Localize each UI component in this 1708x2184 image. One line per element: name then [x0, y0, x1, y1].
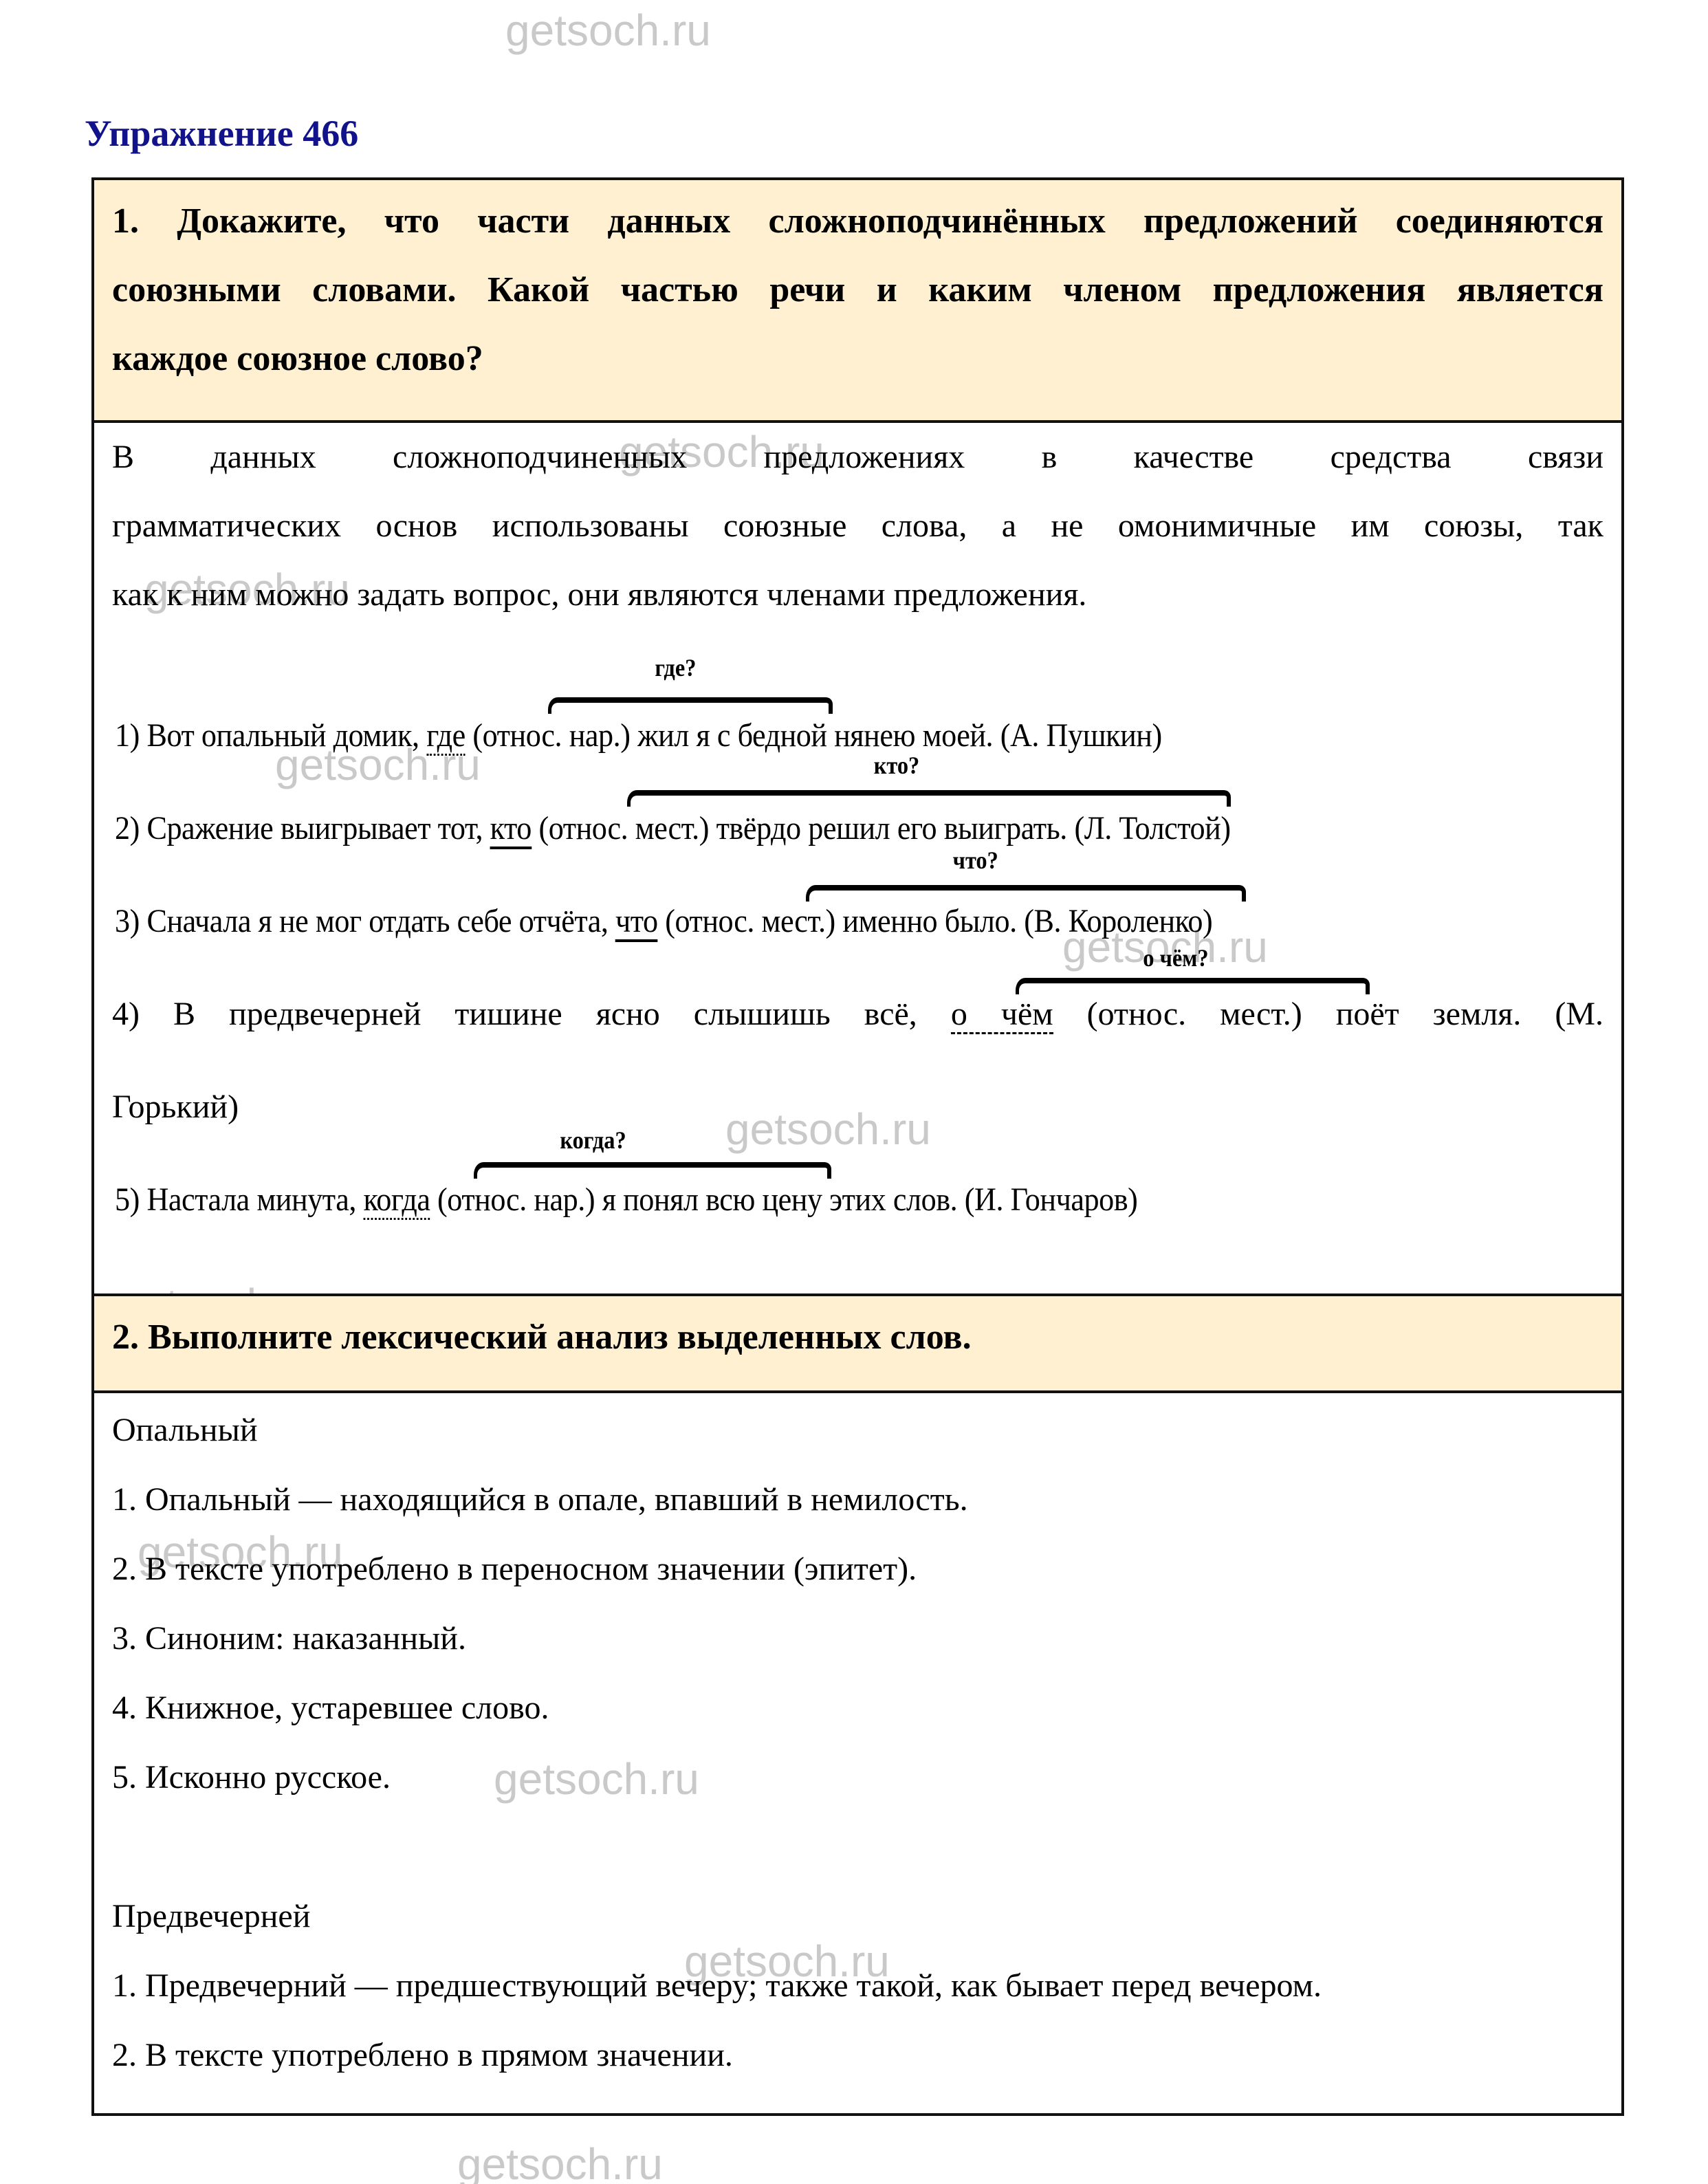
- conjunctive-word: где: [426, 717, 466, 756]
- task2-header: 2. Выполните лексический анализ выделенн…: [94, 1293, 1621, 1393]
- watermark: getsoch.ru: [457, 2142, 663, 2184]
- lexical-point: 1. Опальный — находящийся в опале, впавш…: [112, 1481, 968, 1518]
- question-arrow: [1016, 978, 1370, 994]
- sentence-number: 3): [115, 903, 140, 939]
- task1-header: 1. Докажите, что части данных сложноподч…: [94, 180, 1621, 423]
- sentence-number: 1): [115, 717, 140, 754]
- sentence-number: 4): [112, 996, 140, 1032]
- sentence-4-wrap: Горький): [112, 1088, 239, 1126]
- question-label: о чём?: [1143, 943, 1208, 972]
- sentence-text: жил я с бедной нянею моей. (А. Пушкин): [637, 717, 1162, 754]
- sentence-number: 2): [115, 810, 140, 847]
- lexical-point: 5. Исконно русское.: [112, 1758, 391, 1796]
- task1-header-line: союзными словами. Какой частью речи и ка…: [112, 270, 1603, 310]
- task2-header-text: 2. Выполните лексический анализ выделенн…: [112, 1317, 1603, 1357]
- question-arrow: [806, 885, 1246, 902]
- task1-header-line: 1. Докажите, что части данных сложноподч…: [112, 201, 1603, 241]
- sentence-text: Сражение выигрывает тот,: [146, 810, 490, 847]
- question-arrow: [474, 1162, 831, 1179]
- lexical-word: Опальный: [112, 1411, 258, 1449]
- answer-intro-line: В данных сложноподчиненных предложениях …: [112, 438, 1603, 476]
- word-note: (относ. мест.): [658, 903, 843, 939]
- word-note: (относ. нар.): [466, 717, 637, 754]
- lexical-point: 2. В тексте употреблено в переносном зна…: [112, 1550, 917, 1588]
- sentence-1: 1) Вот опальный домик, где (относ. нар.)…: [115, 717, 1162, 754]
- question-label: где?: [655, 653, 696, 682]
- conjunctive-word: когда: [363, 1181, 430, 1220]
- sentence-number: 5): [115, 1181, 140, 1218]
- lexical-point: 3. Синоним: наказанный.: [112, 1619, 466, 1657]
- sentence-text: поёт земля. (М.: [1336, 996, 1603, 1032]
- sentence-text: твёрдо решил его выиграть. (Л. Толстой): [716, 810, 1231, 847]
- lexical-point: 4. Книжное, устаревшее слово.: [112, 1689, 549, 1727]
- conjunctive-word: о чём: [951, 996, 1053, 1034]
- conjunctive-word: что: [615, 903, 658, 942]
- sentence-4: 4) В предвечерней тишине ясно слышишь вс…: [112, 995, 1603, 1033]
- question-label: когда?: [560, 1126, 626, 1155]
- watermark: getsoch.ru: [505, 8, 711, 52]
- word-note: (относ. мест.): [532, 810, 716, 847]
- sentence-text: Настала минута,: [146, 1181, 363, 1218]
- lexical-word: Предвечерней: [112, 1897, 310, 1935]
- question-arrow: [548, 697, 833, 714]
- question-label: кто?: [874, 751, 920, 780]
- answer-intro-line: грамматических основ использованы союзны…: [112, 507, 1603, 545]
- sentence-5: 5) Настала минута, когда (относ. нар.) я…: [115, 1181, 1137, 1219]
- sentence-text: В предвечерней тишине ясно слышишь всё,: [173, 996, 951, 1032]
- exercise-table: 1. Докажите, что части данных сложноподч…: [91, 177, 1624, 2116]
- task1-header-line: каждое союзное слово?: [112, 338, 1603, 379]
- question-arrow: [627, 790, 1231, 807]
- sentence-text: именно было. (В. Короленко): [842, 903, 1212, 939]
- word-note: (относ. нар.): [430, 1181, 602, 1218]
- lexical-point: 2. В тексте употреблено в прямом значени…: [112, 2036, 733, 2074]
- sentence-2: 2) Сражение выигрывает тот, кто (относ. …: [115, 809, 1231, 847]
- conjunctive-word: кто: [490, 810, 532, 849]
- answer-intro-line: как к ним можно задать вопрос, они являю…: [112, 576, 1086, 613]
- page-title: Упражнение 466: [85, 112, 358, 155]
- sentence-text: Сначала я не мог отдать себе отчёта,: [146, 903, 615, 939]
- sentence-text: я понял всю цену этих слов. (И. Гончаров…: [602, 1181, 1138, 1218]
- question-label: что?: [953, 846, 998, 875]
- sentence-3: 3) Сначала я не мог отдать себе отчёта, …: [115, 902, 1212, 940]
- lexical-point: 1. Предвечерний — предшествующий вечеру;…: [112, 1967, 1322, 2005]
- word-note: (относ. мест.): [1053, 996, 1336, 1032]
- sentence-text: Вот опальный домик,: [146, 717, 426, 754]
